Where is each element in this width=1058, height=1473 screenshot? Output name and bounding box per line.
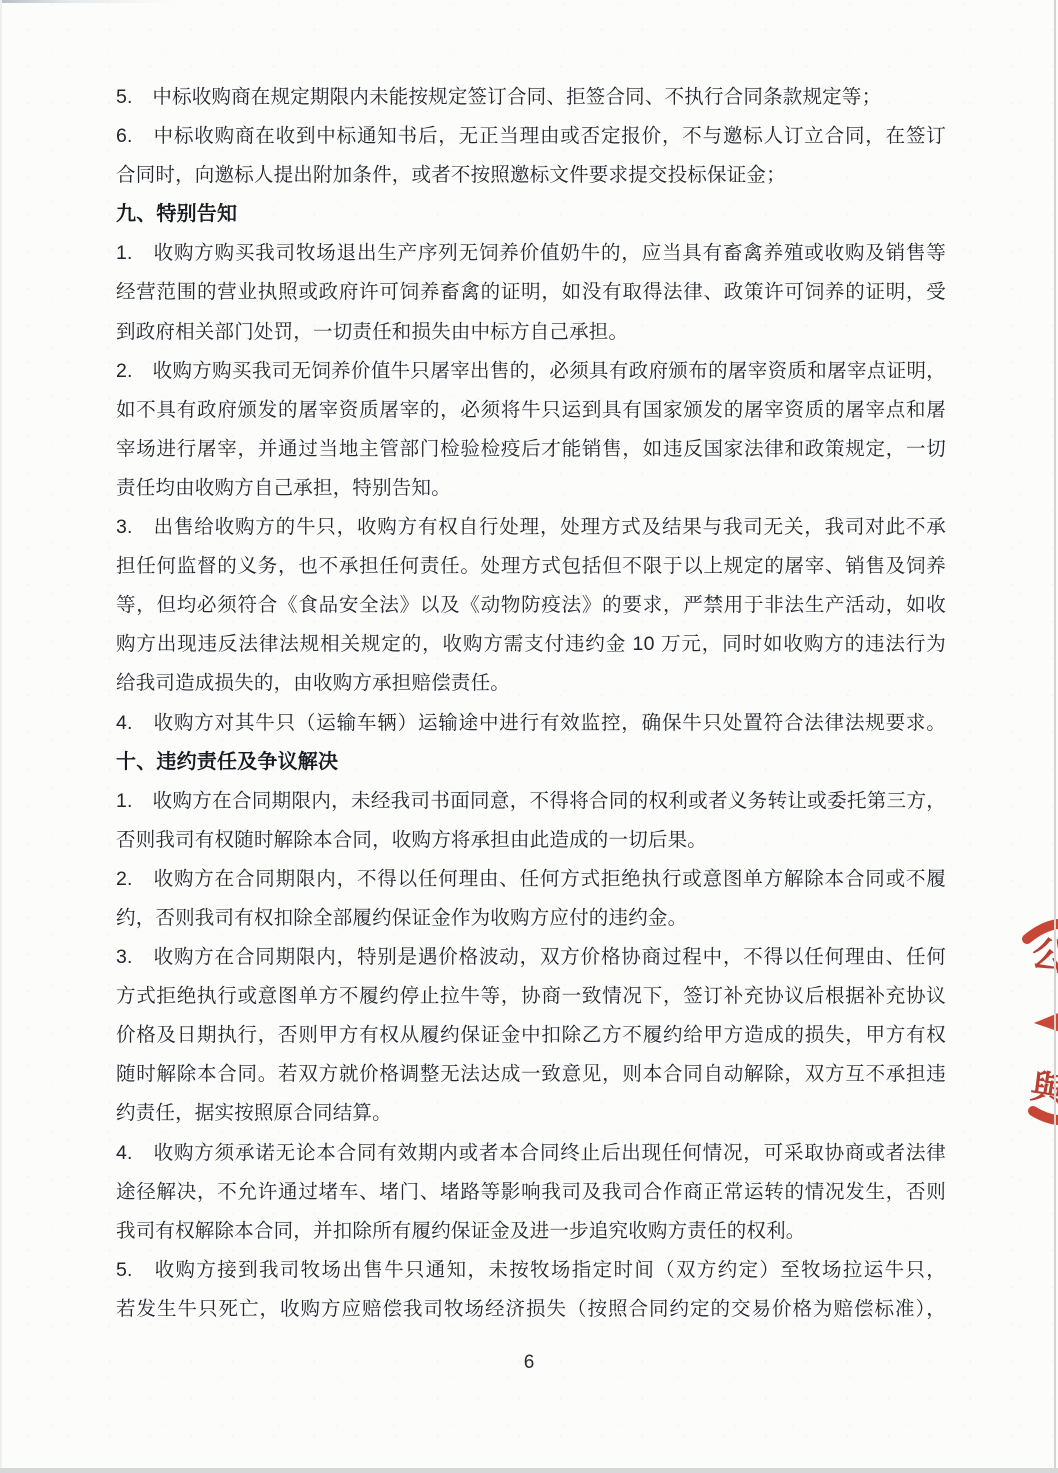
- contract-line: 等，但均必须符合《食品安全法》以及《动物防疫法》的要求，严禁用于非法生产活动，如…: [116, 586, 946, 625]
- contract-line: 责任均由收购方自己承担，特别告知。: [116, 469, 946, 508]
- contract-line: 随时解除本合同。若双方就价格调整无法达成一致意见，则本合同自动解除，双方互不承担…: [116, 1055, 946, 1094]
- contract-line: 我司有权解除本合同，并扣除所有履约保证金及进一步追究收购方责任的权利。: [116, 1212, 946, 1251]
- contract-body: 5. 中标收购商在规定期限内未能按规定签订合同、拒签合同、不执行合同条款规定等；…: [116, 78, 946, 1329]
- section-heading: 九、特别告知: [116, 195, 946, 234]
- contract-line: 2. 收购方在合同期限内，不得以任何理由、任何方式拒绝执行或意图单方解除本合同或…: [116, 860, 946, 899]
- contract-line: 2. 收购方购买我司无饲养价值牛只屠宰出售的，必须具有政府颁布的屠宰资质和屠宰点…: [116, 352, 946, 391]
- contract-line: 若发生牛只死亡，收购方应赔偿我司牧场经济损失（按照合同约定的交易价格为赔偿标准）…: [116, 1290, 946, 1329]
- contract-line: 4. 收购方须承诺无论本合同有效期内或者本合同终止后出现任何情况，可采取协商或者…: [116, 1134, 946, 1173]
- contract-line: 否则我司有权随时解除本合同，收购方将承担由此造成的一切后果。: [116, 821, 946, 860]
- contract-line: 5. 中标收购商在规定期限内未能按规定签订合同、拒签合同、不执行合同条款规定等；: [116, 78, 946, 117]
- scan-edge-bottom: [0, 1468, 1058, 1473]
- page-number: 6: [0, 1352, 1058, 1378]
- contract-line: 宰场进行屠宰，并通过当地主管部门检验检疫后才能销售，如违反国家法律和政策规定，一…: [116, 430, 946, 469]
- contract-line: 价格及日期执行，否则甲方有权从履约保证金中扣除乙方不履约给甲方造成的损失，甲方有…: [116, 1016, 946, 1055]
- contract-line: 约，否则我司有权扣除全部履约保证金作为收购方应付的违约金。: [116, 899, 946, 938]
- contract-line: 4. 收购方对其牛只（运输车辆）运输途中进行有效监控，确保牛只处置符合法律法规要…: [116, 704, 946, 743]
- contract-line: 3. 收购方在合同期限内，特别是遇价格波动，双方价格协商过程中，不得以任何理由、…: [116, 938, 946, 977]
- contract-line: 3. 出售给收购方的牛只，收购方有权自行处理，处理方式及结果与我司无关，我司对此…: [116, 508, 946, 547]
- contract-line: 合同时，向邀标人提出附加条件，或者不按照邀标文件要求提交投标保证金；: [116, 156, 946, 195]
- section-heading: 十、违约责任及争议解决: [116, 743, 946, 782]
- contract-line: 6. 中标收购商在收到中标通知书后，无正当理由或否定报价，不与邀标人订立合同，在…: [116, 117, 946, 156]
- scan-smudge-top-left: [0, 0, 175, 3]
- contract-line: 给我司造成损失的，由收购方承担赔偿责任。: [116, 664, 946, 703]
- company-seal-stamp: 公 與: [1014, 912, 1058, 1130]
- contract-line: 担任何监督的义务，也不承担任何责任。处理方式包括但不限于以上规定的屠宰、销售及饲…: [116, 547, 946, 586]
- contract-line: 1. 收购方在合同期限内，未经我司书面同意，不得将合同的权利或者义务转让或委托第…: [116, 782, 946, 821]
- contract-line: 如不具有政府颁发的屠宰资质屠宰的，必须将牛只运到具有国家颁发的屠宰资质的屠宰点和…: [116, 391, 946, 430]
- contract-line: 约责任，据实按照原合同结算。: [116, 1094, 946, 1133]
- contract-line: 1. 收购方购买我司牧场退出生产序列无饲养价值奶牛的，应当具有畜禽养殖或收购及销…: [116, 234, 946, 273]
- scan-edge-right: [1054, 0, 1056, 1473]
- contract-line: 途径解决，不允许通过堵车、堵门、堵路等影响我司及我司合作商正常运转的情况发生，否…: [116, 1173, 946, 1212]
- scanned-contract-page: 5. 中标收购商在规定期限内未能按规定签订合同、拒签合同、不执行合同条款规定等；…: [0, 0, 1058, 1473]
- contract-line: 5. 收购方接到我司牧场出售牛只通知，未按牧场指定时间（双方约定）至牧场拉运牛只…: [116, 1251, 946, 1290]
- contract-line: 经营范围的营业执照或政府许可饲养畜禽的证明，如没有取得法律、政策许可饲养的证明，…: [116, 273, 946, 312]
- scan-edge-left: [0, 0, 2, 1473]
- contract-line: 方式拒绝执行或意图单方不履约停止拉牛等，协商一致情况下，签订补充协议后根据补充协…: [116, 977, 946, 1016]
- contract-line: 到政府相关部门处罚，一切责任和损失由中标方自己承担。: [116, 313, 946, 352]
- contract-line: 购方出现违反法律法规相关规定的，收购方需支付违约金 10 万元，同时如收购方的违…: [116, 625, 946, 664]
